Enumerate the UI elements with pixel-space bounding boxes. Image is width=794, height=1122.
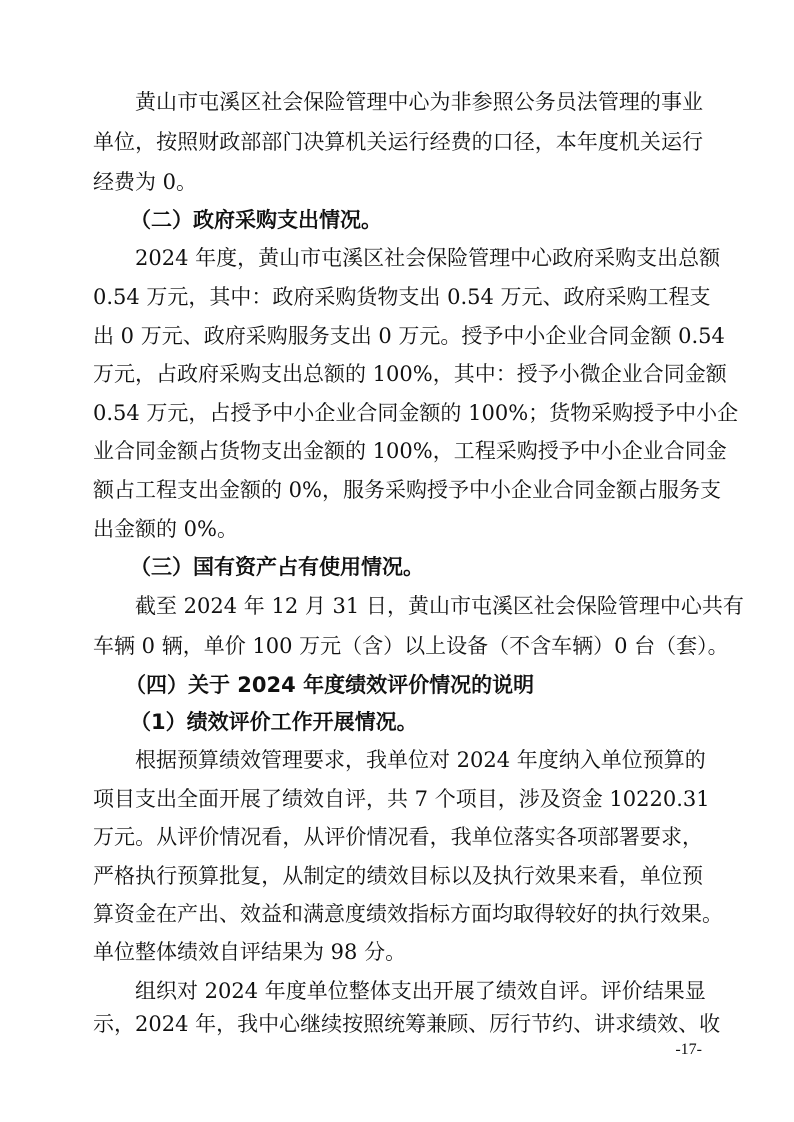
text-line: 车辆 0 辆，单价 100 万元（含）以上设备（不含车辆）0 台（套）。 [93,632,703,660]
page-number: -17- [675,1040,702,1060]
text-line: 示，2024 年，我中心继续按照统筹兼顾、厉行节约、讲求绩效、收 [93,1010,703,1038]
text-line: 单位，按照财政部部门决算机关运行经费的口径，本年度机关运行 [93,128,703,156]
subsection-heading-evaluation-work: （1）绩效评价工作开展情况。 [130,708,418,736]
text-line: 万元。从评价情况看，从评价情况看，我单位落实各项部署要求， [93,823,703,851]
text-line: 出 0 万元、政府采购服务支出 0 万元。授予中小企业合同金额 0.54 [93,322,703,350]
section-heading-procurement: （二）政府采购支出情况。 [130,206,382,234]
text-line: 单位整体绩效自评结果为 98 分。 [93,938,703,966]
text-line: 算资金在产出、效益和满意度绩效指标方面均取得较好的执行效果。 [93,900,703,928]
text-line: 额占工程支出金额的 0%，服务采购授予中小企业合同金额占服务支 [93,476,703,504]
text-line: 0.54 万元，占授予中小企业合同金额的 100%；货物采购授予中小企 [93,399,703,427]
text-line: 0.54 万元，其中：政府采购货物支出 0.54 万元、政府采购工程支 [93,283,703,311]
text-line: 万元，占政府采购支出总额的 100%，其中：授予小微企业合同金额 [93,360,703,388]
text-line: 项目支出全面开展了绩效自评，共 7 个项目，涉及资金 10220.31 [93,785,703,813]
section-heading-state-assets: （三）国有资产占有使用情况。 [130,553,424,581]
text-line: 根据预算绩效管理要求，我单位对 2024 年度纳入单位预算的 [135,746,703,774]
section-heading-performance-evaluation: （四）关于 2024 年度绩效评价情况的说明 [125,671,534,699]
text-line: 组织对 2024 年度单位整体支出开展了绩效自评。评价结果显 [135,977,703,1005]
text-line: 截至 2024 年 12 月 31 日，黄山市屯溪区社会保险管理中心共有 [135,592,703,620]
text-line: 出金额的 0%。 [93,515,703,543]
text-line: 经费为 0。 [93,168,703,196]
text-line: 严格执行预算批复，从制定的绩效目标以及执行效果来看，单位预 [93,862,703,890]
text-line: 2024 年度，黄山市屯溪区社会保险管理中心政府采购支出总额 [135,244,703,272]
text-line: 黄山市屯溪区社会保险管理中心为非参照公务员法管理的事业 [135,88,703,116]
text-line: 业合同金额占货物支出金额的 100%，工程采购授予中小企业合同金 [93,437,703,465]
